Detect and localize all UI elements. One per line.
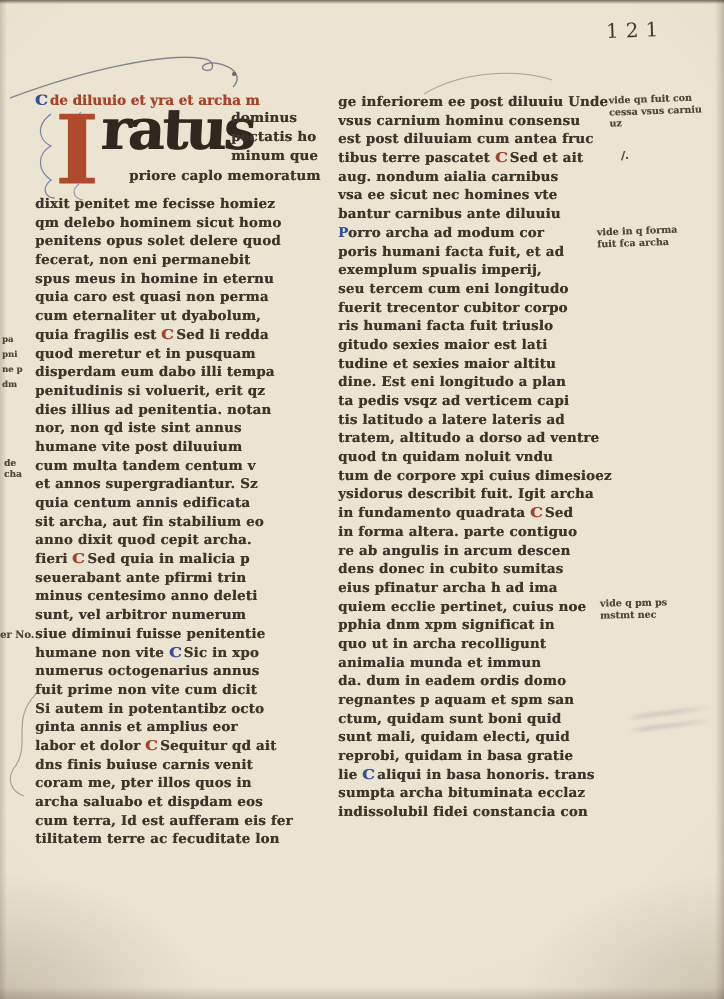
text-line: eius pfinatur archa h ad ima <box>338 580 620 599</box>
folio-number: 121 <box>606 17 666 43</box>
text-line: tum de corpore xpi cuius dimesioez <box>338 468 620 487</box>
text-line: seuerabant ante pfirmi trin <box>35 570 337 589</box>
text-line: sumpta archa bituminata ecclaz <box>338 785 620 804</box>
text-line: coram me, pter illos quos in <box>35 775 337 794</box>
text-line: pphia dnm xpm significat in <box>338 617 620 636</box>
text-line: regnantes p aquam et spm san <box>338 692 620 711</box>
text-segment: Sed <box>545 505 573 521</box>
text-line: bantur carnibus ante diluuiu <box>338 206 620 225</box>
text-line: cum multa tandem centum v <box>35 458 337 477</box>
colored-initial: P <box>338 225 348 241</box>
text-line: da. dum in eadem ordis domo <box>338 673 620 692</box>
capitulum-mark: C <box>495 150 508 166</box>
text-line: tudine et sexies maior altitu <box>338 356 620 375</box>
capitulum-mark: C <box>169 645 182 661</box>
opening-side-lines: dominus pectatis ho minum que <box>231 110 341 167</box>
text-line: lie Caliqui in basa honoris. trans <box>338 767 620 786</box>
text-line: minum que <box>231 148 341 167</box>
marginal-nota-mark: er No. <box>0 630 34 642</box>
manuscript-page: 121 Cde diluuio et yra et archa m I ratu… <box>0 0 724 999</box>
marginal-note-line: vide q pm ps <box>600 597 667 610</box>
text-line: tratem, altitudo a dorso ad ventre <box>338 430 620 449</box>
marginal-note-line: fuit fca archa <box>597 236 678 250</box>
text-line: quiem ecclie pertinet, cuius noe <box>338 599 620 618</box>
text-line: ysidorus describit fuit. Igit archa <box>338 486 620 505</box>
text-line: cum eternaliter ut dyabolum, <box>35 308 337 327</box>
marginal-mark: /. <box>621 150 629 162</box>
text-segment: fieri <box>35 551 73 567</box>
text-line: quod tn quidam noluit vndu <box>338 449 620 468</box>
text-line: exemplum spualis imperij, <box>338 262 620 281</box>
text-line: quod meretur et in pusquam <box>35 346 337 365</box>
marginal-note-archa: de cha <box>4 459 22 481</box>
text-line: in forma altera. parte contiguo <box>338 524 620 543</box>
text-line: animalia munda et immun <box>338 655 620 674</box>
text-line: disperdam eum dabo illi tempa <box>35 364 337 383</box>
marginal-note-carnium: vide qn fuit con cessa vsus carniu uz <box>608 92 702 130</box>
text-segment: Sequitur qd ait <box>160 738 277 754</box>
text-line: fecerat, non eni permanebit <box>35 252 337 271</box>
text-segment: Sic in xpo <box>183 645 259 661</box>
right-text-column: ge inferiorem ee post diluuiu Undevsus c… <box>338 94 620 823</box>
text-line: poris humani facta fuit, et ad <box>338 244 620 263</box>
text-line: re ab angulis in arcum descen <box>338 543 620 562</box>
text-line: spus meus in homine in eternu <box>35 271 337 290</box>
text-line: quia centum annis edificata <box>35 495 337 514</box>
text-segment: quia fragilis est <box>35 327 162 343</box>
text-line: pectatis ho <box>231 129 341 148</box>
text-line: reprobi, quidam in basa gratie <box>338 748 620 767</box>
text-line: dine. Est eni longitudo a plan <box>338 374 620 393</box>
text-line: archa saluabo et dispdam eos <box>35 794 337 813</box>
text-line: Porro archa ad modum cor <box>338 225 620 244</box>
drop-cap-initial: I <box>55 106 98 193</box>
text-line: indissolubil fidei constancia con <box>338 804 620 823</box>
text-line: qm delebo hominem sicut homo <box>35 215 337 234</box>
text-line: vsus carnium hominu consensu <box>338 113 620 132</box>
text-line: priore caplo memoratum <box>129 168 321 187</box>
marginal-note-line: pa <box>2 333 23 348</box>
text-line: seu tercem cum eni longitudo <box>338 281 620 300</box>
text-line: ge inferiorem ee post diluuiu Unde <box>338 94 620 113</box>
text-line: fieri CSed quia in malicia p <box>35 551 337 570</box>
text-segment: in fundamento quadrata <box>338 505 530 521</box>
marginal-note-line: mstmt nec <box>600 609 667 622</box>
text-line: cum terra, Id est aufferam eis fer <box>35 813 337 832</box>
capitulum-mark: C <box>161 327 174 343</box>
text-line: fuerit trecentor cubitor corpo <box>338 300 620 319</box>
text-line: sit archa, aut fin stabilium eo <box>35 514 337 533</box>
text-line: tibus terre pascatet CSed et ait <box>338 150 620 169</box>
text-line: gitudo sexies maior est lati <box>338 337 620 356</box>
text-line: penitens opus solet delere quod <box>35 233 337 252</box>
ink-showthrough <box>626 697 717 753</box>
text-line: quo ut in archa recolligunt <box>338 636 620 655</box>
left-column-body: dixit penitet me fecisse homiezqm delebo… <box>35 196 337 850</box>
text-line: humane vite post diluuium <box>35 439 337 458</box>
text-line: quia fragilis est CSed li redda <box>35 327 337 346</box>
text-line: ctum, quidam sunt boni quid <box>338 711 620 730</box>
text-line: penitudinis si voluerit, erit qz <box>35 383 337 402</box>
text-line: dies illius ad penitentia. notan <box>35 402 337 421</box>
text-segment: Sed et ait <box>509 150 583 166</box>
marginal-note-line: dm <box>2 378 23 393</box>
text-line: Si autem in potentantibz octo <box>35 701 337 720</box>
capitulum-mark: C <box>35 93 48 109</box>
text-segment: orro archa ad modum cor <box>348 225 544 241</box>
text-segment: lie <box>338 767 362 783</box>
text-segment: humane non vite <box>35 645 169 661</box>
opening-block: I ratus dominus pectatis ho minum que pr… <box>35 110 337 196</box>
text-line: sunt mali, quidam electi, quid <box>338 729 620 748</box>
text-segment: Sed li redda <box>176 327 269 343</box>
text-line: est post diluuiam cum antea fruc <box>338 131 620 150</box>
ink-dot <box>232 72 236 76</box>
text-line: dns finis buiuse carnis venit <box>35 757 337 776</box>
right-column-body: ge inferiorem ee post diluuiu Undevsus c… <box>338 94 620 823</box>
text-segment: Sed quia in malicia p <box>87 551 250 567</box>
text-line: minus centesimo anno deleti <box>35 588 337 607</box>
text-line: numerus octogenarius annus <box>35 663 337 682</box>
text-line: fuit prime non vite cum dicit <box>35 682 337 701</box>
text-line: dens donec in cubito sumitas <box>338 561 620 580</box>
text-line: dominus <box>231 110 341 129</box>
text-line: siue diminui fuisse penitentie <box>35 626 337 645</box>
text-line: tis latitudo a latere lateris ad <box>338 412 620 431</box>
text-line: tilitatem terre ac fecuditate lon <box>35 831 337 850</box>
text-line: et annos supergradiantur. Sz <box>35 476 337 495</box>
marginal-note-line: cha <box>4 470 22 481</box>
text-line: vsa ee sicut nec homines vte <box>338 187 620 206</box>
text-line: humane non vite CSic in xpo <box>35 645 337 664</box>
text-line: labor et dolor CSequitur qd ait <box>35 738 337 757</box>
left-text-column: Cde diluuio et yra et archa m I ratus do… <box>35 93 337 850</box>
text-line: ta pedis vsqz ad verticem capi <box>338 393 620 412</box>
text-line: aug. nondum aialia carnibus <box>338 169 620 188</box>
marginal-note-line: ne p <box>2 363 23 378</box>
text-line: anno dixit quod cepit archa. <box>35 532 337 551</box>
capitulum-mark: C <box>145 738 158 754</box>
marginal-note-line: de <box>4 459 22 470</box>
text-line: quia caro est quasi non perma <box>35 289 337 308</box>
marginal-note-ecclesia: vide q pm ps mstmt nec <box>600 597 667 621</box>
capitulum-mark: C <box>72 551 85 567</box>
text-line: in fundamento quadrata CSed <box>338 505 620 524</box>
capitulum-mark: C <box>530 505 543 521</box>
text-line: dixit penitet me fecisse homiez <box>35 196 337 215</box>
marginal-note-line: pni <box>2 348 23 363</box>
text-line: sunt, vel arbitror numerum <box>35 607 337 626</box>
marginal-note-left-group: pa pni ne p dm <box>2 333 23 393</box>
text-segment: labor et dolor <box>35 738 145 754</box>
text-line: nor, non qd iste sint annus <box>35 420 337 439</box>
text-line: ginta annis et amplius eor <box>35 719 337 738</box>
marginal-note-forma-arche: vide in q forma fuit fca archa <box>597 225 678 251</box>
capitulum-mark: C <box>362 767 375 783</box>
text-segment: aliqui in basa honoris. trans <box>377 767 595 783</box>
text-segment: tibus terre pascatet <box>338 150 495 166</box>
text-line: ris humani facta fuit triuslo <box>338 318 620 337</box>
